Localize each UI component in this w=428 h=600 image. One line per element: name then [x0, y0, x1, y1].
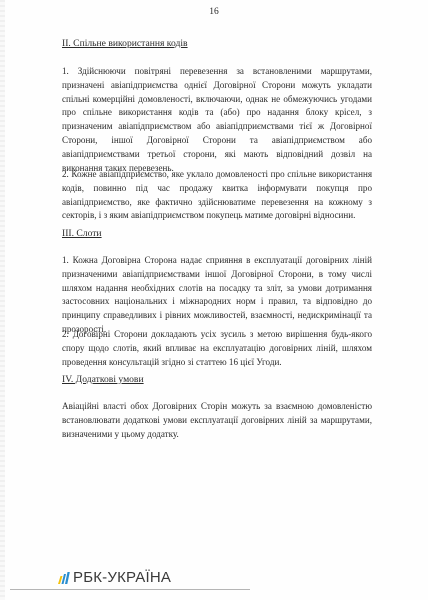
bottom-rule — [10, 589, 250, 590]
page-number: 16 — [0, 7, 428, 17]
paragraph: Авіаційні власті обох Договірних Сторін … — [62, 400, 372, 441]
paragraph: 1. Здійснюючи повітряні перевезення за в… — [62, 65, 372, 175]
rbc-bars-icon — [58, 572, 70, 584]
watermark-text: РБК-УКРАЇНА — [73, 569, 171, 586]
paragraph: 2. Кожне авіапідприємство, яке уклало до… — [62, 168, 372, 223]
paragraph: 2. Договірні Сторони докладають усіх зус… — [62, 328, 372, 369]
section-heading-codeshare: II. Спільне використання кодів — [62, 38, 188, 49]
section-heading-slots: III. Слоти — [62, 228, 102, 239]
scan-edge — [0, 0, 5, 600]
rbc-ukraine-watermark: РБК-УКРАЇНА — [58, 569, 171, 586]
paragraph: 1. Кожна Договірна Сторона надає сприянн… — [62, 254, 372, 337]
section-heading-additional-conditions: IV. Додаткові умови — [62, 374, 144, 385]
